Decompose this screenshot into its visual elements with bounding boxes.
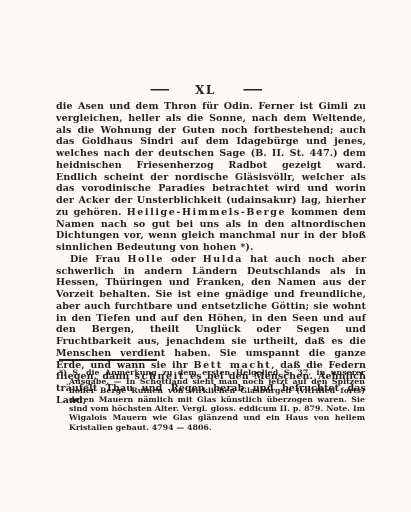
header-dash-left: — xyxy=(150,82,169,97)
emphasized-text: Holle xyxy=(127,254,164,265)
page-header: — XL — xyxy=(0,82,411,97)
body-text: Die Frau xyxy=(70,254,127,265)
footnote: *) S. die Anmerkung zu dem ersten Helgel… xyxy=(59,368,365,432)
body-text: hat auch noch aber schwerlich in andern … xyxy=(56,254,366,371)
footnote-text: S. die Anmerkung zu dem ersten Helgelied… xyxy=(69,368,365,432)
footnote-separator xyxy=(59,359,157,361)
header-dash-right: — xyxy=(242,82,261,97)
body-text: die Asen und dem Thron für Odin. Ferner … xyxy=(56,101,366,218)
body-text: oder xyxy=(164,254,203,265)
footnote-marker: *) xyxy=(59,368,67,377)
page-number: XL xyxy=(195,83,216,97)
emphasized-text: Hulda xyxy=(203,254,243,265)
body-paragraph: die Asen und dem Thron für Odin. Ferner … xyxy=(56,101,366,254)
scanned-book-page: — XL — die Asen und dem Thron für Odin. … xyxy=(0,0,411,512)
emphasized-text: Heilige-Himmels-Berge xyxy=(127,207,286,218)
